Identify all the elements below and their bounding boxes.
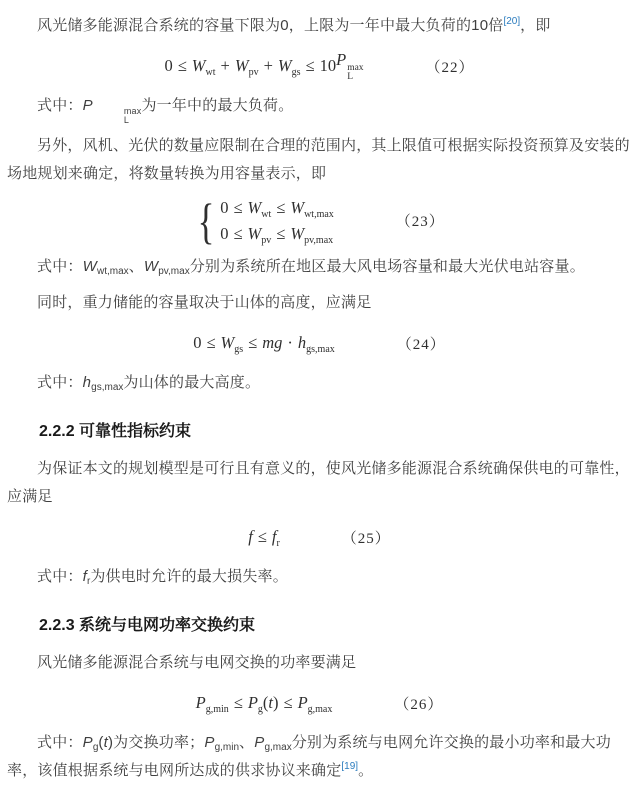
variable-letter: P <box>196 693 206 712</box>
text-run: 式中： <box>37 568 83 585</box>
equation-block: 0≤Wgs≤mg·hgs,max（24） <box>7 325 632 361</box>
variable-letter: W <box>248 198 262 217</box>
variable-subscript: wt <box>261 209 271 220</box>
formula-note: 式中：PmaxL为一年中的最大负荷。 <box>7 92 632 124</box>
variable-letter: W <box>278 56 292 75</box>
variable: Pg,min <box>196 693 229 713</box>
math-operator: ≤ <box>276 196 285 219</box>
variable-letter: P <box>83 97 93 114</box>
text-run: )为交换功率； <box>108 734 204 751</box>
math-operator: ≤ <box>258 527 267 547</box>
equation-number: （23） <box>396 210 445 231</box>
variable-letter: W <box>248 224 262 243</box>
variable-letter: f <box>248 527 253 546</box>
paragraph: 另外，风机、光伏的数量应限制在合理的范围内，其上限值可根据实际投资预算及安装的场… <box>7 132 632 188</box>
text-run: 式中： <box>37 374 83 391</box>
text-run: 。 <box>358 762 373 779</box>
variable-subscript: g,min <box>215 742 239 753</box>
variable: Wwt <box>248 196 272 219</box>
math-literal: 0 <box>193 333 201 353</box>
variable-letter: P <box>336 50 346 69</box>
document-body: 风光储多能源混合系统的容量下限为0，上限为一年中最大负荷的10倍[20]，即0≤… <box>7 12 632 785</box>
variable-subscript: L <box>94 116 129 125</box>
variable: hgs,max <box>83 374 124 391</box>
math-literal: 0 <box>220 222 228 245</box>
math-literal: 0 <box>220 196 228 219</box>
left-brace: { <box>198 198 215 244</box>
math-literal: 0 <box>164 56 172 76</box>
variable-letter: W <box>192 56 206 75</box>
text-run: 风光储多能源混合系统与电网交换的功率要满足 <box>37 654 356 671</box>
variable: mg <box>262 333 282 353</box>
variable: Wpv <box>248 222 272 245</box>
text-run: 、 <box>129 258 144 275</box>
variable-subscript: wt,max <box>97 266 129 277</box>
equation-case-row: 0≤Wwt≤Wwt,max <box>220 196 334 219</box>
text-run: 为一年中的最大负荷。 <box>141 97 293 114</box>
variable-subscript: wt <box>206 67 216 78</box>
variable-subscript: pv <box>249 67 259 78</box>
variable: Pg,max <box>254 734 291 751</box>
variable-subscript: L <box>347 73 353 82</box>
variable-subscript: gs <box>292 67 301 78</box>
math-operator: · <box>287 333 293 353</box>
equation: {0≤Wwt≤Wwt,max0≤Wpv≤Wpv,max <box>194 196 334 245</box>
variable-letter: P <box>204 734 214 751</box>
equation: 0≤Wwt+Wpv+Wgs≤10PmaxL <box>164 50 363 82</box>
variable: PmaxL <box>83 97 142 114</box>
variable: Wpv <box>235 56 259 76</box>
math-operator: ≤ <box>276 222 285 245</box>
paragraph: 同时，重力储能的容量取决于山体的高度，应满足 <box>7 289 632 317</box>
equation: 0≤Wgs≤mg·hgs,max <box>193 333 335 353</box>
variable-subscript: gs,max <box>306 344 335 355</box>
text-run: 、 <box>239 734 254 751</box>
text-run: 风光储多能源混合系统的容量下限为0，上限为一年中最大负荷的10倍 <box>37 17 503 34</box>
math-operator: + <box>264 56 273 76</box>
equation-block: {0≤Wwt≤Wwt,max0≤Wpv≤Wpv,max（23） <box>7 196 632 245</box>
equation-case-row: 0≤Wpv≤Wpv,max <box>220 222 334 245</box>
variable: Pg,max <box>298 693 333 713</box>
math-literal: ) <box>273 693 279 713</box>
variable-superscript: max <box>94 107 142 116</box>
math-operator: ≤ <box>284 693 293 713</box>
variable-subscript: pv,max <box>304 235 333 246</box>
variable: Wwt,max <box>83 258 129 275</box>
section-heading: 2.2.2 可靠性指标约束 <box>7 421 632 443</box>
variable-subscript: wt,max <box>304 209 334 220</box>
math-operator: ≤ <box>234 693 243 713</box>
paragraph: 风光储多能源混合系统与电网交换的功率要满足 <box>7 649 632 677</box>
math-operator: ≤ <box>233 196 242 219</box>
equation-number: （25） <box>342 527 391 548</box>
text-run: 式中： <box>37 258 83 275</box>
text-run: ，即 <box>520 17 550 34</box>
variable-subscript: gs <box>234 344 243 355</box>
variable: PmaxL <box>336 50 363 82</box>
variable: Pg <box>248 693 263 713</box>
variable: Wgs <box>221 333 244 353</box>
text-run: 另外，风机、光伏的数量应限制在合理的范围内，其上限值可根据实际投资预算及安装的场… <box>7 137 630 182</box>
paragraph: 为保证本文的规划模型是可行且有意义的，使风光储多能源混合系统确保供电的可靠性，应… <box>7 455 632 511</box>
math-literal: 10 <box>320 56 337 76</box>
equation: f≤fr <box>248 527 280 547</box>
variable: Pg,min <box>204 734 239 751</box>
equation-number: （26） <box>394 693 443 714</box>
citation-reference-link[interactable]: [20] <box>503 16 520 27</box>
variable-subscript: g,min <box>206 704 229 715</box>
text-run: 为保证本文的规划模型是可行且有意义的，使风光储多能源混合系统确保供电的可靠性，应… <box>7 460 630 505</box>
text-run: 式中： <box>37 97 83 114</box>
variable: Wwt <box>192 56 216 76</box>
variable-supsub: maxL <box>347 64 363 82</box>
math-operator: ≤ <box>248 333 257 353</box>
document-page: 风光储多能源混合系统的容量下限为0，上限为一年中最大负荷的10倍[20]，即0≤… <box>0 0 639 800</box>
variable-letter: W <box>221 333 235 352</box>
variable-subscript: g,max <box>308 704 333 715</box>
variable: f <box>248 527 253 547</box>
variable: fr <box>272 527 280 547</box>
equation-block: f≤fr（25） <box>7 519 632 555</box>
math-operator: ≤ <box>233 222 242 245</box>
variable: Wwt,max <box>290 196 333 219</box>
variable-letter: P <box>248 693 258 712</box>
variable-letter: P <box>298 693 308 712</box>
text-run: 分别为系统所在地区最大风电场容量和最大光伏电站容量。 <box>190 258 585 275</box>
variable: Wpv,max <box>290 222 333 245</box>
variable-subscript: r <box>276 538 279 549</box>
math-operator: + <box>221 56 230 76</box>
variable-letter: W <box>290 198 304 217</box>
section-heading: 2.2.3 系统与电网功率交换约束 <box>7 615 632 637</box>
equation-block: 0≤Wwt+Wpv+Wgs≤10PmaxL（22） <box>7 48 632 84</box>
variable-letter: W <box>235 56 249 75</box>
math-operator: ≤ <box>206 333 215 353</box>
variable-subscript: pv <box>261 235 271 246</box>
variable-letter: W <box>144 258 158 275</box>
variable: hgs,max <box>298 333 335 353</box>
variable: Wpv,max <box>144 258 190 275</box>
equation-block: Pg,min≤Pg(t)≤Pg,max（26） <box>7 685 632 721</box>
variable-letter: W <box>290 224 304 243</box>
text-run: 同时，重力储能的容量取决于山体的高度，应满足 <box>37 294 371 311</box>
variable-subscript: g,max <box>264 742 291 753</box>
variable-supsub: maxL <box>94 107 142 124</box>
equation-cases: 0≤Wwt≤Wwt,max0≤Wpv≤Wpv,max <box>220 196 334 245</box>
text-run: 式中： <box>37 734 83 751</box>
variable-letter: P <box>83 734 93 751</box>
citation-reference-link[interactable]: [19] <box>341 761 358 772</box>
equation: Pg,min≤Pg(t)≤Pg,max <box>196 693 333 713</box>
variable-letter: h <box>298 333 306 352</box>
equation-number: （24） <box>397 333 446 354</box>
math-operator: ≤ <box>306 56 315 76</box>
variable-subscript: pv,max <box>158 266 190 277</box>
formula-note: 式中：hgs,max为山体的最大高度。 <box>7 369 632 397</box>
formula-note: 式中：fr为供电时允许的最大损失率。 <box>7 563 632 591</box>
equation-number: （22） <box>426 56 475 77</box>
text-run: 为山体的最大高度。 <box>123 374 260 391</box>
variable: Pg <box>83 734 99 751</box>
text-run: 为供电时允许的最大损失率。 <box>90 568 288 585</box>
formula-note: 式中：Pg(t)为交换功率；Pg,min、Pg,max分别为系统与电网允许交换的… <box>7 729 632 785</box>
variable-letter: h <box>83 374 92 391</box>
formula-note: 式中：Wwt,max、Wpv,max分别为系统所在地区最大风电场容量和最大光伏电… <box>7 253 632 281</box>
variable-subscript: gs,max <box>91 382 123 393</box>
variable-letter: P <box>254 734 264 751</box>
variable: Wgs <box>278 56 301 76</box>
math-operator: ≤ <box>178 56 187 76</box>
variable-letter: mg <box>262 333 282 352</box>
paragraph: 风光储多能源混合系统的容量下限为0，上限为一年中最大负荷的10倍[20]，即 <box>7 12 632 40</box>
variable-letter: W <box>83 258 97 275</box>
